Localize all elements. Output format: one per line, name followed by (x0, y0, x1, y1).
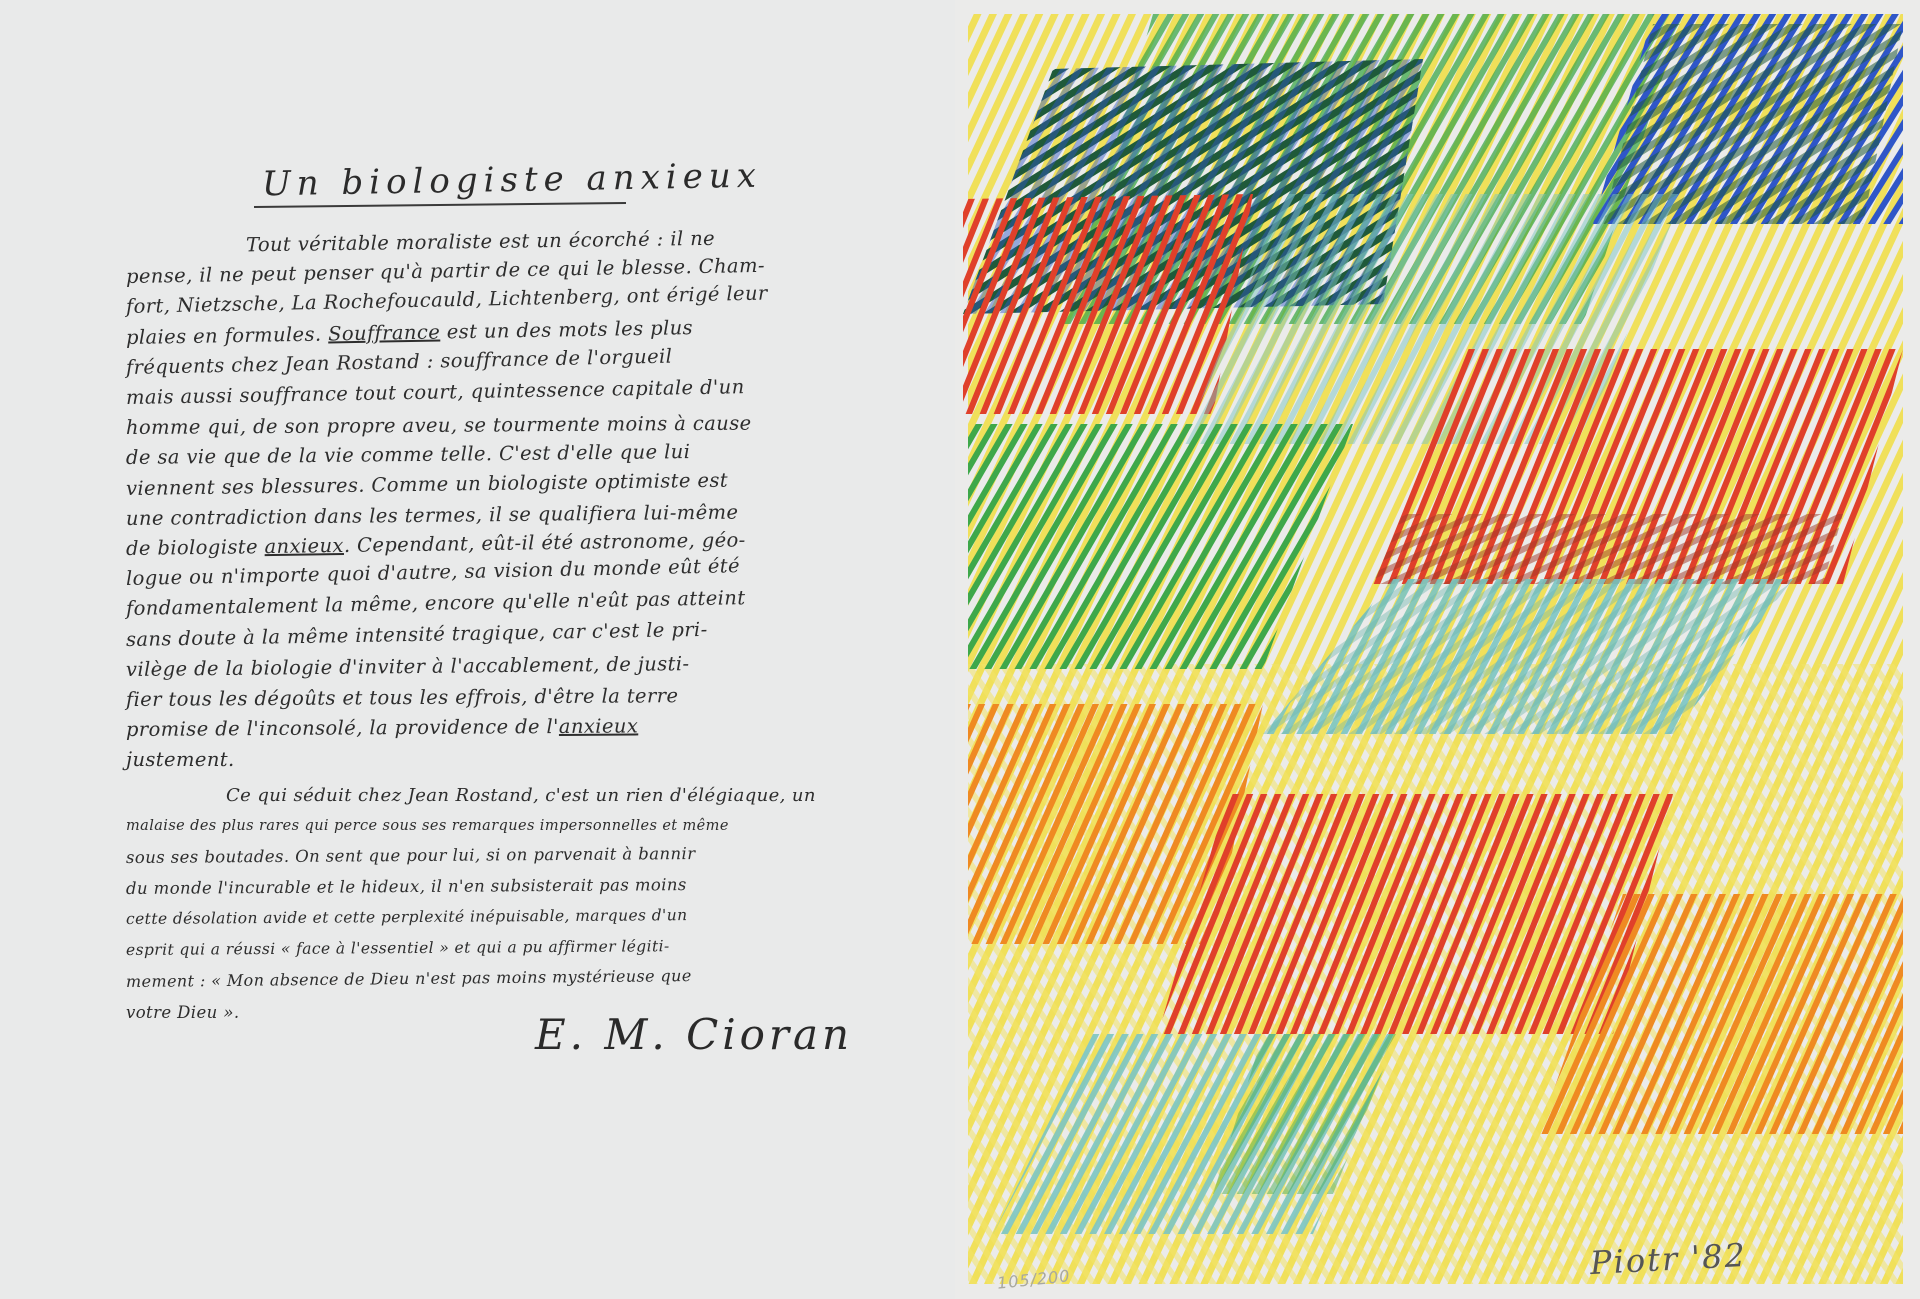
book-spread: Un biologiste anxieux Tout véritable mor… (0, 0, 1920, 1299)
text-line: promise de l'inconsolé, la providence de… (126, 710, 826, 745)
paragraph-2: Ce qui séduit chez Jean Rostand, c'est u… (126, 780, 826, 1028)
underlined-word: anxieux (559, 715, 638, 739)
text-line: justement. (126, 745, 826, 775)
underlined-word: anxieux (264, 534, 344, 558)
text-line: vilège de la biologie d'inviter à l'acca… (126, 648, 826, 686)
manuscript-page: Un biologiste anxieux Tout véritable mor… (0, 0, 955, 1299)
paragraph-1: Tout véritable moraliste est un écorché … (126, 232, 826, 776)
text-line: cette désolation avide et cette perplexi… (126, 899, 826, 935)
text-line: sous ses boutades. On sent que pour lui,… (126, 837, 826, 873)
text-line: mement : « Mon absence de Dieu n'est pas… (126, 958, 826, 996)
artwork-page: Piotr '82 105/200 (955, 0, 1920, 1299)
manuscript-title: Un biologiste anxieux (262, 156, 763, 205)
text-line: Ce qui séduit chez Jean Rostand, c'est u… (126, 780, 826, 811)
text-line: du monde l'incurable et le hideux, il n'… (126, 868, 826, 904)
underlined-word: Souffrance (328, 320, 440, 345)
manuscript-body: Tout véritable moraliste est un écorché … (126, 232, 826, 1028)
author-signature: E. M. Cioran (535, 1010, 853, 1059)
abstract-line-print (963, 4, 1913, 1296)
red-mid-right-dark-band (1373, 514, 1843, 584)
